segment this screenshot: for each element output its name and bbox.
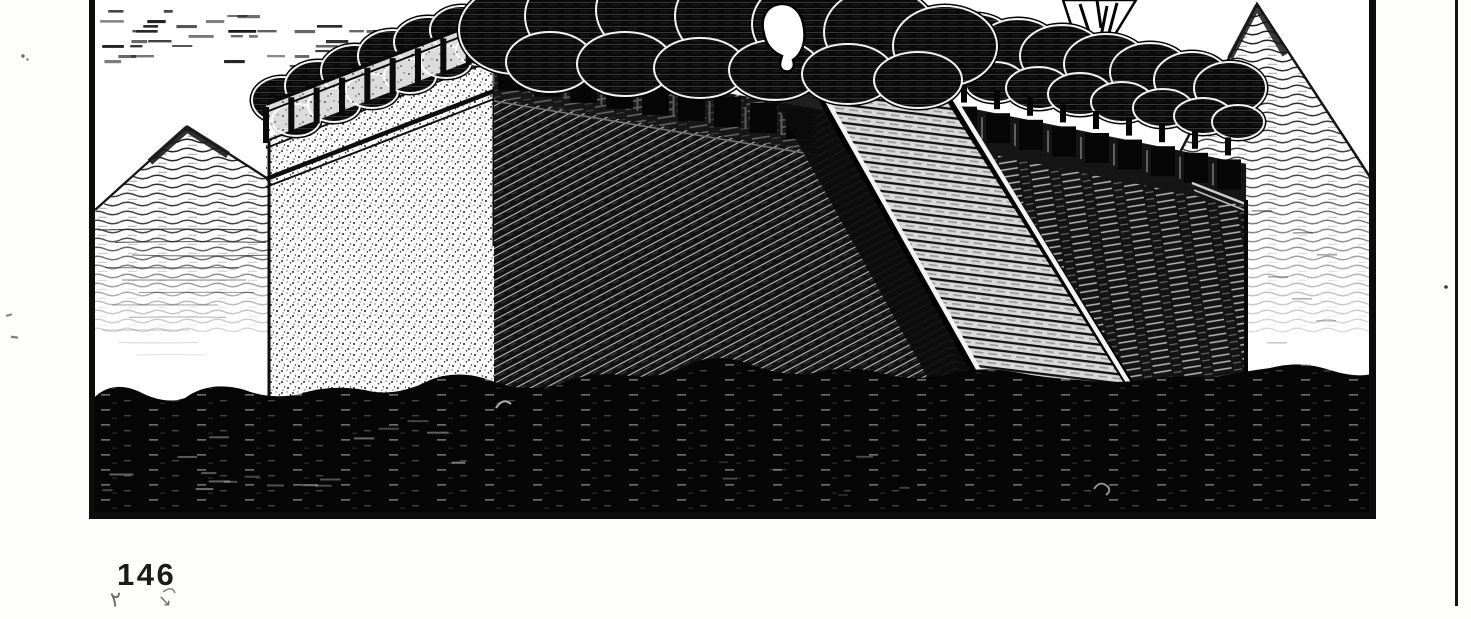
railing-post: [994, 91, 1000, 109]
merlon: [1184, 153, 1208, 183]
thicket-dash: [209, 480, 230, 482]
base-dash: [1317, 254, 1337, 256]
merlon: [1151, 146, 1175, 176]
cloud-dash: [176, 25, 196, 28]
thicket-dash: [320, 479, 341, 481]
frame-right-border: [1369, 0, 1376, 514]
thicket-dash: [719, 461, 728, 463]
cloud-dash: [206, 20, 224, 23]
cloud-dash: [104, 60, 121, 63]
cloud-dash: [164, 10, 173, 13]
thicket-dash: [427, 432, 448, 434]
panel-content: [90, 0, 1372, 520]
cloud-dash: [316, 45, 338, 48]
cloud-dash: [130, 45, 142, 47]
cloud-dash: [102, 45, 124, 48]
cloud-dash: [267, 55, 285, 57]
cloud-dash: [148, 40, 171, 42]
cloud-dash: [118, 55, 136, 58]
treetop: [1212, 105, 1264, 139]
merlon: [1217, 159, 1241, 189]
thicket-dash: [315, 485, 331, 487]
cloud-dash: [315, 50, 329, 52]
treetop: [874, 52, 962, 108]
railing-post: [1192, 131, 1198, 149]
page-edge-line: [1455, 0, 1458, 606]
cloud-dash: [317, 25, 342, 28]
railing-post: [1027, 98, 1033, 116]
book-page: 146 ٢ ↘: [0, 0, 1471, 619]
cloud-dash: [147, 20, 165, 23]
thicket-dash: [452, 462, 466, 464]
frame-bottom-border: [89, 512, 1376, 519]
base-dash: [1292, 298, 1312, 300]
thicket-dash: [407, 420, 428, 422]
cloud-dash: [143, 25, 158, 28]
thicket-dash: [770, 469, 787, 471]
water-line: [129, 317, 226, 318]
page-number: 146: [117, 557, 176, 592]
cloud-dash: [238, 15, 260, 18]
merlon: [1085, 133, 1109, 163]
base-dash: [1293, 232, 1313, 234]
cloud-dash: [249, 35, 258, 38]
cloud-dash: [295, 55, 309, 58]
merlon: [1052, 126, 1076, 156]
cloud-dash: [189, 35, 214, 38]
scan-speck: [26, 58, 28, 60]
thicket-dash: [354, 437, 374, 439]
scan-speck: [1444, 285, 1448, 289]
thicket-dash: [267, 484, 284, 486]
cloud-dash: [228, 30, 256, 33]
pencil-squiggle-right-icon: ↘: [158, 591, 171, 610]
base-dash: [1252, 210, 1272, 212]
base-dash: [1268, 276, 1288, 278]
thicket-dash: [856, 456, 873, 458]
thicket-dash: [177, 456, 197, 458]
railing-post: [1060, 104, 1066, 122]
cloud-dash: [326, 40, 348, 43]
scan-speck: [21, 54, 24, 57]
railing-post: [1159, 124, 1165, 142]
thicket-dash: [201, 472, 216, 474]
thicket-dash: [723, 478, 737, 480]
thicket-dash: [245, 476, 260, 478]
cloud-dash: [295, 30, 316, 33]
railing-post: [1093, 111, 1099, 129]
cloud-dash: [349, 30, 364, 32]
cloud-dash: [108, 10, 123, 13]
thicket-dash: [209, 436, 229, 438]
merlon: [1019, 120, 1043, 150]
thicket-dash: [899, 487, 909, 489]
thicket-dash: [110, 473, 134, 475]
thicket-dash: [838, 494, 848, 496]
cloud-dash: [224, 60, 245, 63]
merlon: [986, 113, 1010, 143]
thicket-dash: [102, 489, 112, 491]
cloud-dash: [100, 20, 124, 23]
railing-post: [1126, 118, 1132, 136]
cloud-dash: [231, 35, 243, 37]
cloud-dash: [131, 40, 147, 43]
cloud-dash: [136, 30, 158, 33]
base-dash: [1267, 342, 1287, 344]
cloud-dash: [257, 30, 276, 32]
thicket-dash: [378, 428, 398, 430]
thicket-dash: [196, 488, 214, 490]
frame-left-border: [89, 0, 95, 519]
merlon: [750, 103, 777, 133]
engraving-illustration: 146 ٢ ↘: [0, 0, 1471, 619]
base-dash: [1316, 320, 1336, 322]
railing-post: [1225, 137, 1231, 155]
merlon: [1118, 140, 1142, 170]
cloud-dash: [172, 45, 192, 47]
merlon: [714, 97, 741, 127]
